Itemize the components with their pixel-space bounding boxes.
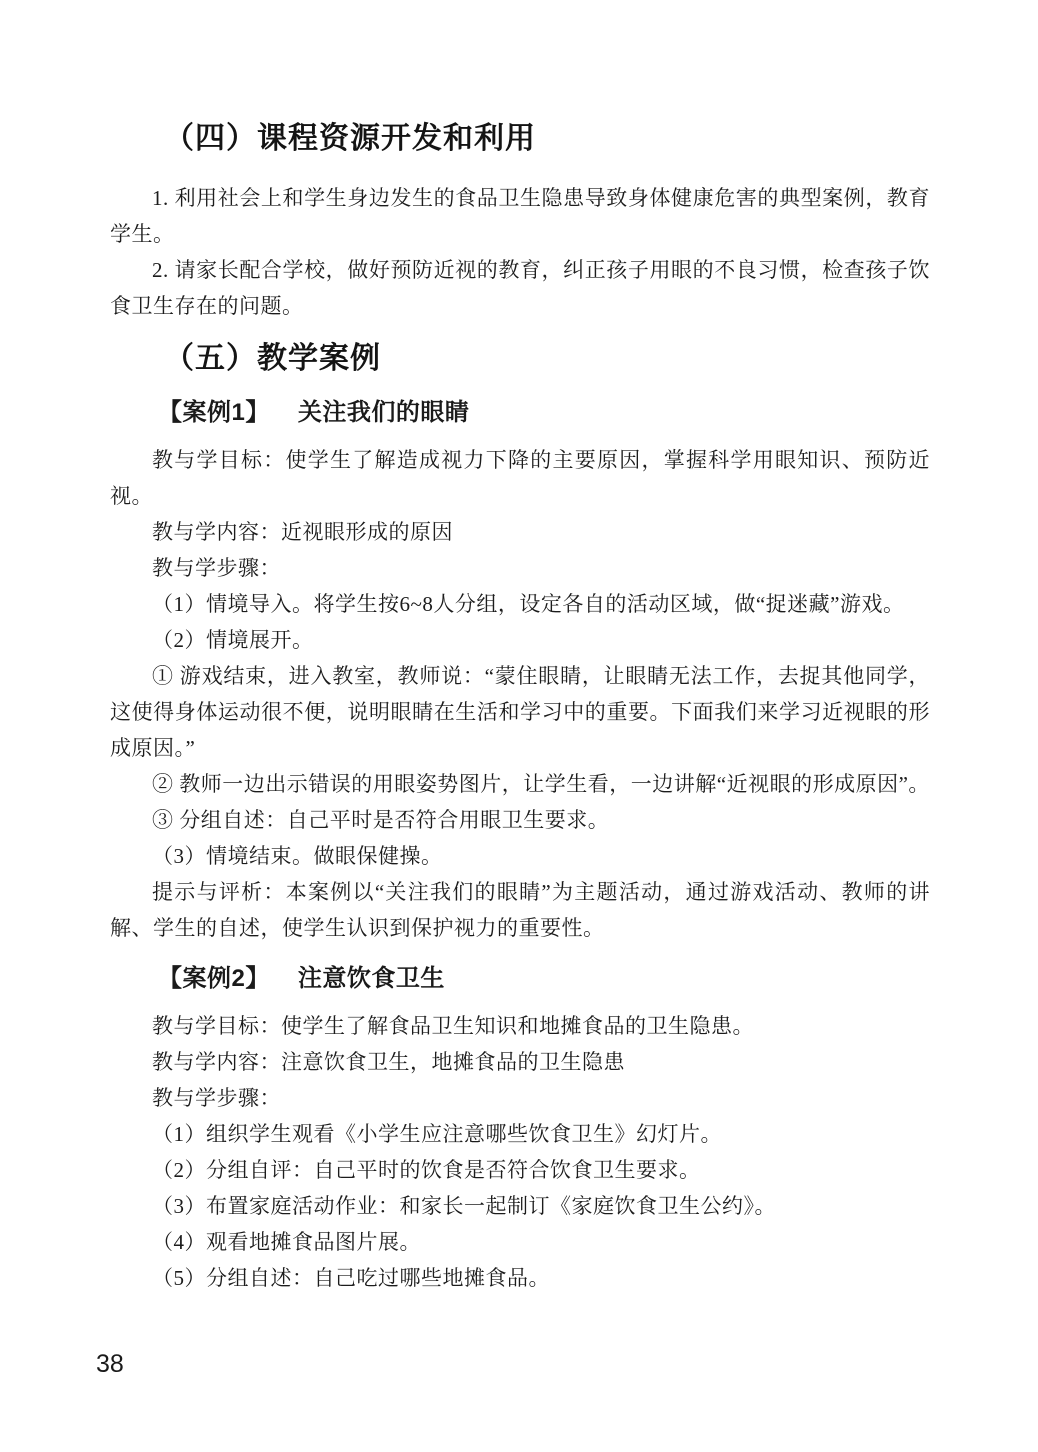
case2-step-2: （2）分组自评：自己平时的饮食是否符合饮食卫生要求。 [110, 1152, 930, 1188]
case1-review: 提示与评析：本案例以“关注我们的眼睛”为主题活动，通过游戏活动、教师的讲解、学生… [110, 874, 930, 946]
document-page: （四）课程资源开发和利用 1. 利用社会上和学生身边发生的食品卫生隐患导致身体健… [0, 0, 1038, 1452]
section4-paragraph-2: 2. 请家长配合学校，做好预防近视的教育，纠正孩子用眼的不良习惯，检查孩子饮食卫… [110, 252, 930, 324]
case1-label: 【案例1】 [158, 399, 270, 426]
section-heading-5: （五）教学案例 [110, 338, 930, 380]
case1-content: 教与学内容：近视眼形成的原因 [110, 514, 930, 550]
case1-heading: 【案例1】关注我们的眼睛 [110, 396, 930, 430]
case1-step-2-item-1: ① 游戏结束，进入教室，教师说：“蒙住眼睛，让眼睛无法工作，去捉其他同学，这使得… [110, 658, 930, 766]
case2-heading: 【案例2】注意饮食卫生 [110, 962, 930, 996]
case2-step-4: （4）观看地摊食品图片展。 [110, 1224, 930, 1260]
case1-step-2-item-2: ② 教师一边出示错误的用眼姿势图片，让学生看，一边讲解“近视眼的形成原因”。 [110, 766, 930, 802]
case2-goal: 教与学目标：使学生了解食品卫生知识和地摊食品的卫生隐患。 [110, 1008, 930, 1044]
case1-step-1: （1）情境导入。将学生按6~8人分组，设定各自的活动区域，做“捉迷藏”游戏。 [110, 586, 930, 622]
page-number: 38 [96, 1350, 124, 1379]
case1-step-2-item-3: ③ 分组自述：自己平时是否符合用眼卫生要求。 [110, 802, 930, 838]
case1-goal: 教与学目标：使学生了解造成视力下降的主要原因，掌握科学用眼知识、预防近视。 [110, 442, 930, 514]
case2-title: 注意饮食卫生 [298, 965, 445, 992]
case2-content: 教与学内容：注意饮食卫生，地摊食品的卫生隐患 [110, 1044, 930, 1080]
case1-title: 关注我们的眼睛 [298, 399, 470, 426]
page-content: （四）课程资源开发和利用 1. 利用社会上和学生身边发生的食品卫生隐患导致身体健… [110, 0, 930, 1296]
case1-steps-label: 教与学步骤： [110, 550, 930, 586]
section-heading-4: （四）课程资源开发和利用 [110, 118, 930, 160]
case1-step-3: （3）情境结束。做眼保健操。 [110, 838, 930, 874]
section4-paragraph-1: 1. 利用社会上和学生身边发生的食品卫生隐患导致身体健康危害的典型案例，教育学生… [110, 180, 930, 252]
case2-step-1: （1）组织学生观看《小学生应注意哪些饮食卫生》幻灯片。 [110, 1116, 930, 1152]
case1-step-2: （2）情境展开。 [110, 622, 930, 658]
case2-steps-label: 教与学步骤： [110, 1080, 930, 1116]
case2-step-5: （5）分组自述：自己吃过哪些地摊食品。 [110, 1260, 930, 1296]
case2-label: 【案例2】 [158, 965, 270, 992]
case2-step-3: （3）布置家庭活动作业：和家长一起制订《家庭饮食卫生公约》。 [110, 1188, 930, 1224]
